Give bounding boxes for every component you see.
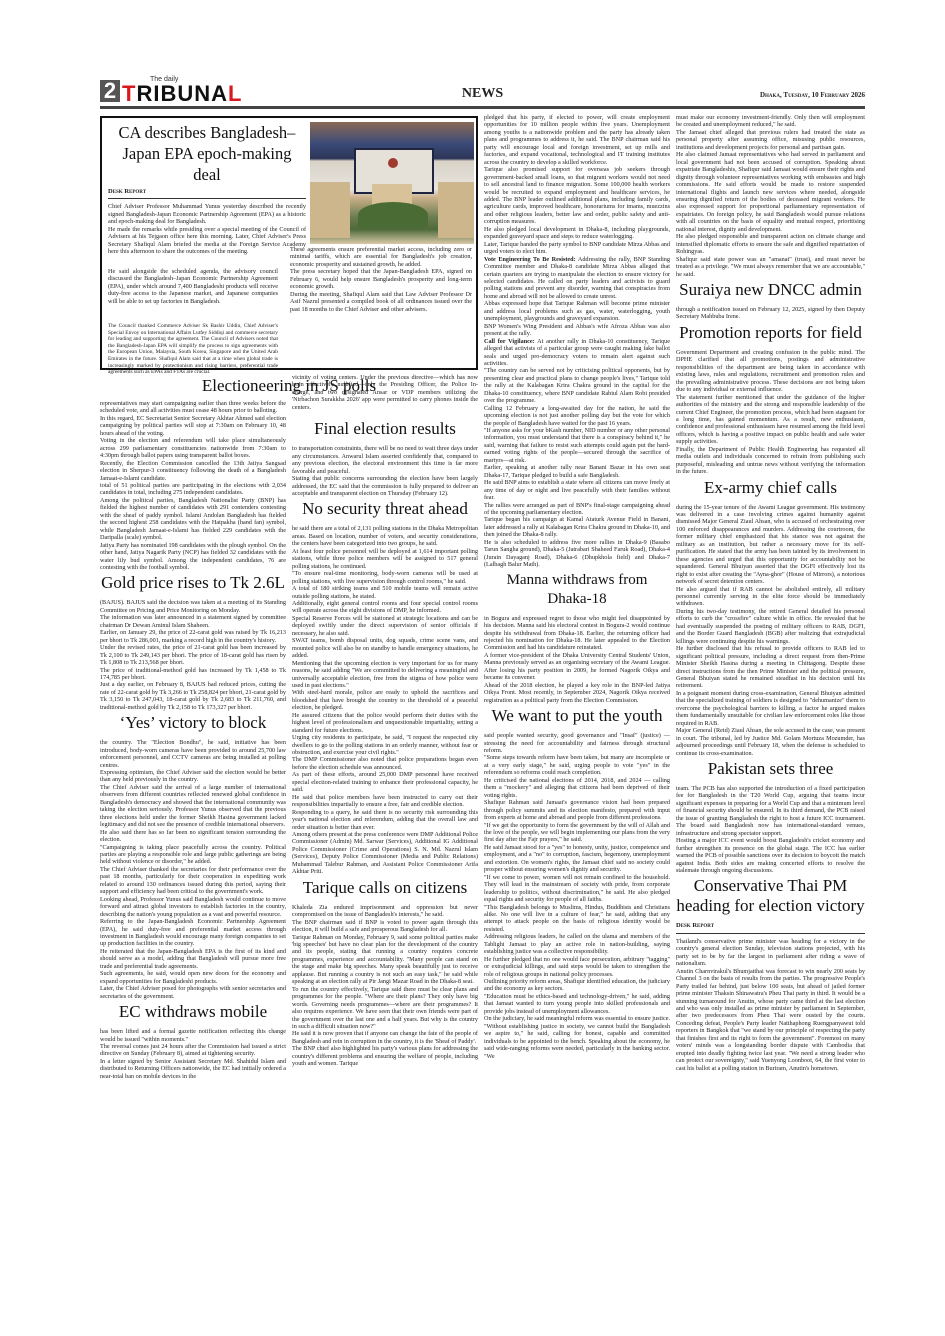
paragraph: during the 15-year tenure of the Awami L…	[676, 504, 865, 586]
paragraph: These agreements ensure preferential mar…	[290, 246, 472, 268]
paragraph: He reiterated that the Japan-Bangladesh …	[100, 948, 286, 970]
headline-pakistan-sets-three: Pakistan sets three	[676, 759, 865, 779]
paragraph: He is also scheduled to address five mor…	[484, 539, 670, 569]
subhead-vote-engineering: Vote Engineering To Be Resisted:	[484, 256, 576, 263]
paragraph: To run the country effectively, Tarique …	[292, 986, 478, 1031]
paragraph: BNP Women's Wing President and Abbas's w…	[484, 323, 670, 338]
paragraph: On the judiciary, he said meaningful ref…	[484, 1015, 670, 1060]
paragraph: Calling 12 February a long-awaited day f…	[484, 405, 670, 427]
column-4: must make our economy investment-friendl…	[676, 114, 865, 1072]
headline-gold-price: Gold price rises to Tk 2.6L	[100, 573, 286, 593]
section-title: NEWS	[100, 86, 865, 102]
paragraph: Outlining priority reform areas, Shafiqu…	[484, 978, 670, 993]
photo-plant	[358, 202, 428, 228]
paragraph: Looking ahead, Professor Yunus said Bang…	[100, 896, 286, 918]
paragraph: Such agreements, he said, would open new…	[100, 970, 286, 985]
paragraph: "Campaigning is taking place peacefully …	[100, 844, 286, 866]
paragraph: As part of these efforts, around 25,000 …	[292, 771, 478, 793]
paragraph: Hosting a major ICC event would boost Ba…	[676, 837, 865, 874]
paragraph: A total of 180 striking teams and 510 mo…	[292, 585, 478, 600]
paragraph: Tarique began his campaign at Kamal Atat…	[484, 516, 670, 538]
headline-manna-withdraws: Manna withdraws from Dhaka-18	[484, 571, 670, 609]
column-1: Electioneering in JS polls representativ…	[100, 374, 286, 1080]
paragraph: (BAJUS). BAJUS said the decision was tak…	[100, 599, 286, 614]
emblem-icon	[388, 158, 398, 168]
paragraph: Shafiqur Rahman said Jamaat's governance…	[484, 799, 670, 821]
paragraph: Recently, the Election Commission cancel…	[100, 460, 286, 482]
paragraph: vicinity of voting centers. Under the pr…	[292, 374, 478, 411]
paragraph: A former vice-president of the Dhaka Uni…	[484, 652, 670, 682]
paragraph: total of 51 political parties are partic…	[100, 482, 286, 497]
paragraph: The Council thanked Commerce Adviser Sk …	[108, 323, 278, 376]
headline-thai-pm: Conservative Thai PM heading for electio…	[676, 876, 865, 916]
paragraph: During his two-day testimony, the retire…	[676, 608, 865, 645]
paragraph: Special Reserve Forces will be stationed…	[292, 615, 478, 637]
council-meeting-photo	[310, 122, 474, 244]
paragraph: Among the political parties, Bangladesh …	[100, 497, 286, 542]
headline-ec-mobile: EC withdraws mobile	[100, 1002, 286, 1022]
paragraph: Later, the Chief Adviser posed for photo…	[100, 985, 286, 1000]
headline-yes-victory: ‘Yes’ victory to block	[100, 713, 286, 733]
paragraph: Expressing optimism, the Chief Adviser s…	[100, 769, 286, 784]
lead-story-col1-lower: He said alongside the scheduled agenda, …	[108, 268, 278, 305]
paragraph: Just a day earlier, on February 8, BAJUS…	[100, 681, 286, 711]
headline-promotion-reports: Promotion reports for field	[676, 323, 865, 343]
paragraph: SWAT teams, bomb disposal units, dog squ…	[292, 637, 478, 659]
paragraph: The reversal comes just 24 hours after t…	[100, 1043, 286, 1058]
paragraph: Thailand's conservative prime minister w…	[676, 938, 865, 968]
paragraph: The price of traditional-method gold has…	[100, 667, 286, 682]
paragraph: During the meeting, Shafiqul Alam said t…	[290, 291, 472, 313]
paragraph: In a poignant moment during cross-examin…	[676, 690, 865, 727]
paragraph: He said it is now proven that if anyone …	[292, 1030, 478, 1045]
paragraph: Urging city residents to participate, he…	[292, 734, 478, 756]
paragraph: Major General (Retd) Ziaul Ahsan, the so…	[676, 727, 865, 757]
headline-final-results: Final election results	[292, 419, 478, 439]
paragraph: "The country can be served not by critic…	[484, 367, 670, 404]
paragraph: Addressing religious leaders, he called …	[484, 933, 670, 955]
paragraph: Government Department and creating confu…	[676, 349, 865, 394]
paragraph: team. The PCB has also supported the int…	[676, 785, 865, 837]
logo-tagline: The daily	[150, 76, 178, 83]
lead-story-box: CA describes Bangladesh–Japan EPA epoch-…	[100, 116, 478, 370]
paragraph: The information was later announced in a…	[100, 614, 286, 629]
photo-table-right	[438, 182, 474, 238]
paragraph: He made the remarks while presiding over…	[108, 226, 306, 256]
paragraph: pledged that his party, if elected to po…	[484, 114, 670, 166]
lead-story-col2: These agreements ensure preferential mar…	[290, 246, 472, 313]
headline-ex-army-chief: Ex-army chief calls	[676, 478, 865, 498]
paragraph: The press secretary hoped that the Japan…	[290, 268, 472, 290]
paragraph: Abbas expressed hope that Tarique Rahman…	[484, 300, 670, 322]
paragraph: Earlier, on January 29, the price of 22-…	[100, 629, 286, 644]
paragraph: He said BNP aims to establish a state wh…	[484, 479, 670, 501]
paragraph: Vote Engineering To Be Resisted: Address…	[484, 256, 670, 301]
paragraph: At least four police personnel will be d…	[292, 548, 478, 570]
paragraph-text: Addressing the rally, BNP Standing Commi…	[484, 256, 670, 300]
paragraph: Under the revised rates, the price of 21…	[100, 644, 286, 666]
headline-youth: We want to put the youth	[484, 706, 670, 726]
paragraph: to transportation constraints, there wil…	[292, 445, 478, 475]
paragraph: representatives may start campaigning ea…	[100, 400, 286, 415]
paragraph: In this regard, EC Secretariat Senior Se…	[100, 415, 286, 437]
paragraph: Anutin Charnvirakul's Bhumjaithai was fo…	[676, 968, 865, 1072]
headline-security-threat: No security threat ahead	[292, 499, 478, 519]
paragraph: The BNP chairman said if BNP is voted to…	[292, 919, 478, 934]
paragraph: He said that police members have been in…	[292, 794, 478, 809]
paragraph: Ahead of the 2018 election, he played a …	[484, 682, 670, 704]
byline: Desk Report	[108, 188, 306, 199]
paragraph: the country. The "Election Bondhu", he s…	[100, 739, 286, 769]
paragraph: Call for Vigilance: At another rally in …	[484, 338, 670, 368]
paragraph: Earlier, speaking at another rally near …	[484, 464, 670, 479]
column-2: vicinity of voting centers. Under the pr…	[292, 374, 478, 1068]
paragraph: Additionally, eight general control room…	[292, 600, 478, 615]
paragraph: He also pledged responsible and transpar…	[676, 233, 865, 255]
paragraph: Voting in the election and referendum wi…	[100, 437, 286, 459]
paragraph: Stating that public concerns surrounding…	[292, 475, 478, 497]
paragraph: Mentioning that the upcoming election is…	[292, 660, 478, 690]
paragraph: The Chief Adviser said the arrival of a …	[100, 784, 286, 829]
photo-table-left	[310, 182, 350, 238]
column-3: pledged that his party, if elected to po…	[484, 114, 670, 1060]
paragraph: Responding to a query, he said there is …	[292, 809, 478, 831]
paragraph: He also said there has so far been no si…	[100, 829, 286, 844]
lead-story-col1: CA describes Bangladesh–Japan EPA epoch-…	[108, 120, 306, 256]
paragraph: He also argued that if RAB cannot be abo…	[676, 586, 865, 608]
newspaper-page: 2 TRIBUNAL The daily NEWS Dhaka, Tuesday…	[100, 78, 865, 108]
paragraph: "To ensure real-time monitoring, body-wo…	[292, 570, 478, 585]
paragraph: The DMP Commissioner also noted that pol…	[292, 756, 478, 771]
paragraph: Khaleda Zia endured imprisonment and opp…	[292, 904, 478, 919]
paragraph: He said Jamaat stood for a "yes" to hone…	[484, 844, 670, 874]
paragraph: Chief Adviser Professor Muhammad Yunus y…	[108, 203, 306, 225]
headline-ca-epa: CA describes Bangladesh–Japan EPA epoch-…	[108, 122, 306, 185]
paragraph: He criticised the national elections of …	[484, 777, 670, 799]
paragraph: "Education must be ethics-based and tech…	[484, 993, 670, 1015]
paragraph: The rallies were arranged as part of BNP…	[484, 502, 670, 517]
paragraph: in Bogura and expressed regret to those …	[484, 615, 670, 652]
paragraph: Referring to the Japan-Bangladesh Econom…	[100, 918, 286, 948]
paragraph: through a notification issued on Februar…	[676, 306, 865, 321]
headline-tarique-calls: Tarique calls on citizens	[292, 878, 478, 898]
paragraph: said people wanted security, good govern…	[484, 732, 670, 754]
headline-suraiya-dncc: Suraiya new DNCC admin	[676, 280, 865, 300]
paragraph: He also pledged local development in Dha…	[484, 226, 670, 241]
paragraph: He further pledged that no one would fac…	[484, 956, 670, 978]
masthead-rule	[100, 106, 865, 109]
paragraph: The statement further mentioned that und…	[676, 394, 865, 446]
paragraph: "If anyone asks for your bKash number, N…	[484, 427, 670, 464]
paragraph: "If we come to power, women will not rem…	[484, 874, 670, 904]
paragraph: He also claimed Jamaat representatives w…	[676, 151, 865, 233]
paragraph: Finally, the Department of Public Health…	[676, 446, 865, 476]
paragraph: has been lifted and a formal gazette not…	[100, 1028, 286, 1043]
masthead: 2 TRIBUNAL The daily NEWS Dhaka, Tuesday…	[100, 78, 865, 108]
paragraph: The Jamaat chief alleged that previous r…	[676, 129, 865, 151]
paragraph: Tarique also promised support for overse…	[484, 166, 670, 226]
paragraph: He said alongside the scheduled agenda, …	[108, 268, 278, 305]
paragraph: Shafiqur said state power was an "amanat…	[676, 256, 865, 278]
paragraph: "This Bangladesh belongs to Muslims, Hin…	[484, 904, 670, 934]
paragraph: "If we get the opportunity to form the g…	[484, 822, 670, 844]
lead-story-col1-end: The Council thanked Commerce Adviser Sk …	[108, 323, 278, 376]
paragraph: Later, Tarique handed the party symbol t…	[484, 241, 670, 256]
byline: Desk Report	[676, 922, 865, 933]
subhead-call-for-vigilance: Call for Vigilance:	[484, 338, 535, 345]
dateline: Dhaka, Tuesday, 10 February 2026	[760, 91, 865, 99]
paragraph: He further disclosed that his refusal to…	[676, 645, 865, 690]
paragraph: In a letter signed by Senior Assistant S…	[100, 1058, 286, 1080]
paragraph: Among others present at the press confer…	[292, 831, 478, 876]
paragraph: With steel-hard morale, police are ready…	[292, 689, 478, 711]
paragraph: The BNP chief also highlighted his party…	[292, 1045, 478, 1067]
paragraph: Tarique Rahman on Monday, February 9, sa…	[292, 934, 478, 986]
paragraph: He assured citizens that the police woul…	[292, 712, 478, 734]
paragraph: The Chief Adviser thanked the secretarie…	[100, 866, 286, 896]
paragraph: must make our economy investment-friendl…	[676, 114, 865, 129]
paragraph: "Some steps towards reform have been tak…	[484, 754, 670, 776]
paragraph: he said there are a total of 2,131 polli…	[292, 525, 478, 547]
paragraph: Jatiya Party has nominated 198 candidate…	[100, 542, 286, 572]
